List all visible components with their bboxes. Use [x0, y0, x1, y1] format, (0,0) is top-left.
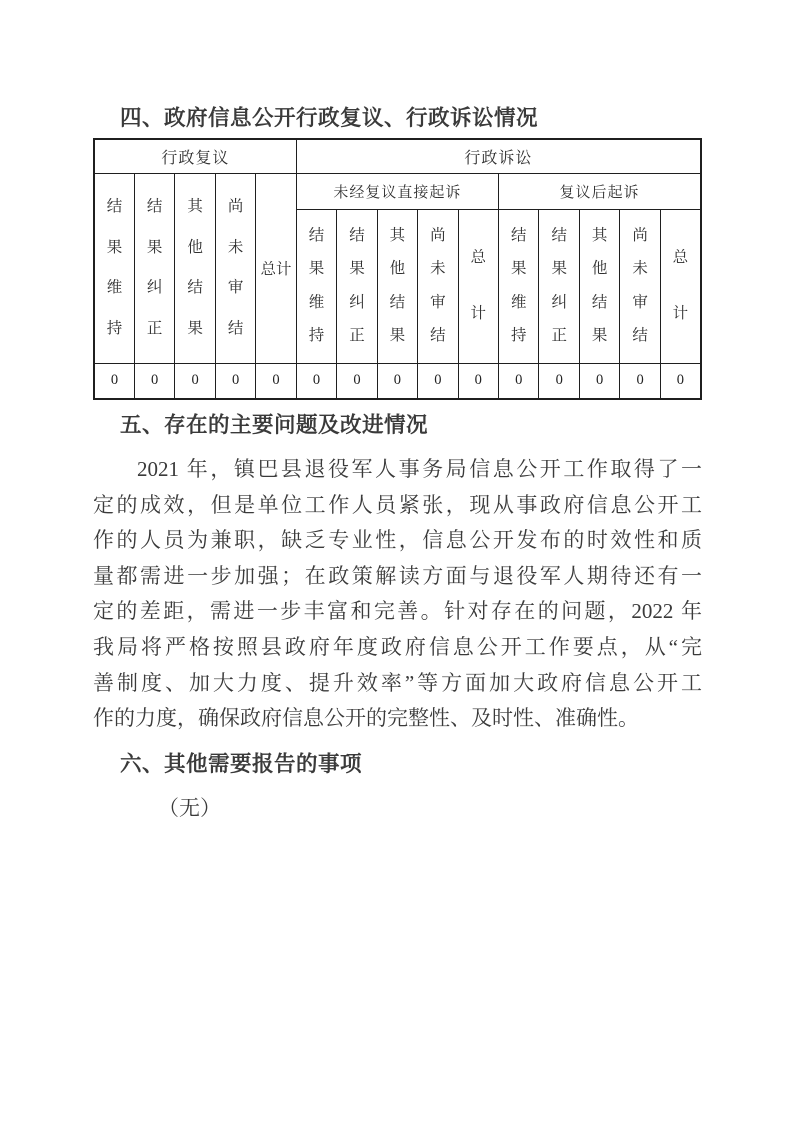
- column-header-direct-other: 其他结果: [377, 209, 417, 363]
- column-header-direct-upheld: 结果维持: [296, 209, 336, 363]
- paragraph-line: 2021 年，镇巴县退役军人事务局信息公开工作取得了一: [93, 452, 702, 488]
- subgroup-header-after-review-suit: 复议后起诉: [499, 173, 701, 209]
- table-group-header-row: 行政复议 行政诉讼: [94, 139, 701, 173]
- table-value-row: 0 0 0 0 0 0 0 0 0 0 0 0 0 0 0: [94, 363, 701, 399]
- column-header-after-corrected: 结果纠正: [539, 209, 579, 363]
- column-header-after-total: 总计: [660, 209, 701, 363]
- column-header-direct-total: 总计: [458, 209, 498, 363]
- section6-content: （无）: [93, 792, 702, 822]
- value-cell: 0: [499, 363, 539, 399]
- value-cell: 0: [215, 363, 255, 399]
- paragraph-line: 我局将严格按照县政府年度政府信息公开工作要点，从“完: [93, 630, 702, 666]
- value-cell: 0: [296, 363, 336, 399]
- column-header-review-total: 总计: [256, 173, 296, 363]
- paragraph-line: 定的成效，但是单位工作人员紧张，现从事政府信息公开工: [93, 488, 702, 524]
- value-cell: 0: [458, 363, 498, 399]
- column-header-after-upheld: 结果维持: [499, 209, 539, 363]
- value-cell: 0: [660, 363, 701, 399]
- page-content: 四、政府信息公开行政复议、行政诉讼情况 行政复议 行政诉讼 结果维持 结果纠正 …: [93, 103, 702, 822]
- group-header-review: 行政复议: [94, 139, 296, 173]
- section5-title: 五、存在的主要问题及改进情况: [93, 410, 702, 440]
- value-cell: 0: [94, 363, 134, 399]
- value-cell: 0: [620, 363, 660, 399]
- section5-paragraph: 2021 年，镇巴县退役军人事务局信息公开工作取得了一 定的成效，但是单位工作人…: [93, 452, 702, 737]
- subgroup-header-direct-suit: 未经复议直接起诉: [296, 173, 498, 209]
- paragraph-line: 作的人员为兼职，缺乏专业性，信息公开发布的时效性和质: [93, 523, 702, 559]
- column-header-direct-pending: 尚未审结: [418, 209, 458, 363]
- column-header-review-corrected: 结果纠正: [134, 173, 174, 363]
- column-header-review-other: 其他结果: [175, 173, 215, 363]
- paragraph-line: 定的差距，需进一步丰富和完善。针对存在的问题，2022 年: [93, 594, 702, 630]
- document-page: 四、政府信息公开行政复议、行政诉讼情况 行政复议 行政诉讼 结果维持 结果纠正 …: [0, 0, 793, 1122]
- column-header-after-pending: 尚未审结: [620, 209, 660, 363]
- value-cell: 0: [134, 363, 174, 399]
- column-header-review-pending: 尚未审结: [215, 173, 255, 363]
- value-cell: 0: [175, 363, 215, 399]
- paragraph-line: 量都需进一步加强；在政策解读方面与退役军人期待还有一: [93, 559, 702, 595]
- section4-title: 四、政府信息公开行政复议、行政诉讼情况: [93, 103, 702, 133]
- column-header-direct-corrected: 结果纠正: [337, 209, 377, 363]
- table-subgroup-header-row: 结果维持 结果纠正 其他结果 尚未审结 总计 未经复议直接起诉 复议后起诉: [94, 173, 701, 209]
- paragraph-line: 作的力度，确保政府信息公开的完整性、及时性、准确性。: [93, 701, 702, 737]
- value-cell: 0: [337, 363, 377, 399]
- column-header-review-upheld: 结果维持: [94, 173, 134, 363]
- value-cell: 0: [579, 363, 619, 399]
- value-cell: 0: [418, 363, 458, 399]
- group-header-litigation: 行政诉讼: [296, 139, 701, 173]
- paragraph-line: 善制度、加大力度、提升效率”等方面加大政府信息公开工: [93, 666, 702, 702]
- review-litigation-table: 行政复议 行政诉讼 结果维持 结果纠正 其他结果 尚未审结 总计 未经复议直接起…: [93, 138, 702, 400]
- value-cell: 0: [256, 363, 296, 399]
- column-header-after-other: 其他结果: [579, 209, 619, 363]
- value-cell: 0: [377, 363, 417, 399]
- value-cell: 0: [539, 363, 579, 399]
- section6-title: 六、其他需要报告的事项: [93, 749, 702, 779]
